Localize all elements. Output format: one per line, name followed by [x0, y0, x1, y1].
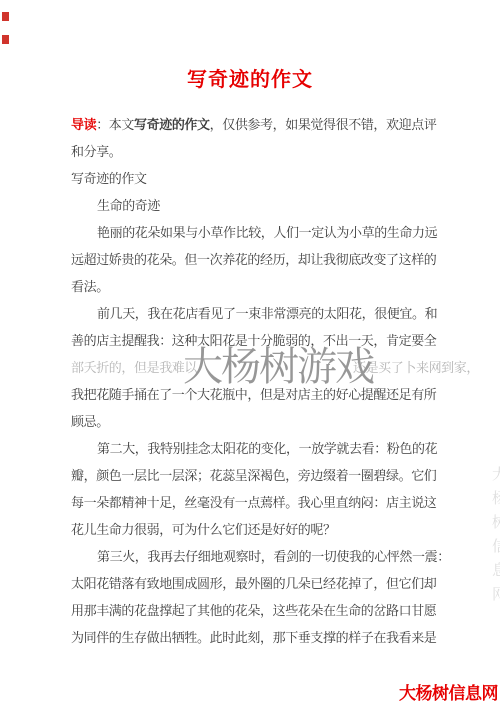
- document-line: 写奇迹的作文: [71, 170, 439, 188]
- text-segment: 太阳花错落有致地围成圆形，最外圈的几朵已经花掉了，但它们却: [71, 576, 436, 591]
- document-line: 第三火，我再去仔细地观察时，看剑的一切使我的心怦然一震：: [71, 548, 465, 566]
- text-segment: 写奇迹的作文: [71, 171, 147, 186]
- document-line: 艳丽的花朵如果与小草作比较，人们一定认为小草的生命力远: [71, 224, 465, 242]
- text-segment: 瓣，颜色一层比一层深；花蕊呈深褐色，旁边缀着一圈碧绿。它们: [71, 468, 436, 483]
- text-segment: 第二大，我特别挂念太阳花的变化，一放学就去看：粉色的花: [97, 441, 437, 456]
- text-segment: 部夭折的，但是我难以: [71, 359, 197, 377]
- text-segment: 每一朵都精神十足，丝毫没有一点蔫样。我心里直纳闷：店主说这: [71, 495, 436, 510]
- article-page: 写奇迹的作文 导读：本文写奇迹的作文，仅供参考，如果觉得很不错，欢迎点评和分享。…: [0, 0, 500, 708]
- document-line: 顾忌。: [71, 413, 439, 431]
- text-segment: 远超过娇贵的花朵。但一次养花的经历，却让我彻底改变了这样的: [71, 252, 436, 267]
- site-brand: 大杨树信息网: [399, 679, 498, 704]
- text-segment: 艳丽的花朵如果与小草作比较，人们一定认为小草的生命力远: [97, 225, 437, 240]
- center-watermark-text: 大杨树游戏: [183, 335, 373, 392]
- document-line: 生命的奇迹: [71, 197, 465, 215]
- text-segment: ：本文: [96, 117, 134, 132]
- text-segment: 为同伴的生存做出牺牲。此时此刻，那下垂支撑的样子在我看来是: [71, 630, 436, 645]
- document-line: 每一朵都精神十足，丝毫没有一点蔫样。我心里直纳闷：店主说这: [71, 494, 439, 512]
- text-segment: 看法。: [71, 279, 109, 294]
- document-line: 远超过娇贵的花朵。但一次养花的经历，却让我彻底改变了这样的: [71, 251, 439, 269]
- document-line: 和分享。: [71, 143, 439, 161]
- side-watermark-text: 大杨树信息网: [488, 466, 500, 610]
- text-segment: 和分享。: [71, 144, 121, 159]
- document-line: 为同伴的生存做出牺牲。此时此刻，那下垂支撑的样子在我看来是: [71, 629, 439, 647]
- document-line: 太阳花错落有致地围成圆形，最外圈的几朵已经花掉了，但它们却: [71, 575, 439, 593]
- text-segment: 用那丰满的花盘撑起了其他的花朵，这些花朵在生命的岔路口甘愿: [71, 603, 436, 618]
- text-segment: 写奇迹的作文: [134, 117, 210, 132]
- text-segment: 前几天，我在花店看见了一束非常漂亮的太阳花，很便宜。和: [97, 306, 437, 321]
- document-line: 瓣，颜色一层比一层深；花蕊呈深褐色，旁边缀着一圈碧绿。它们: [71, 467, 439, 485]
- document-line: 导读：本文写奇迹的作文，仅供参考，如果觉得很不错，欢迎点评: [71, 116, 439, 134]
- document-line: 看法。: [71, 278, 439, 296]
- document-line: 前几天，我在花店看见了一束非常漂亮的太阳花，很便宜。和: [71, 305, 465, 323]
- document-line: 用那丰满的花盘撑起了其他的花朵，这些花朵在生命的岔路口甘愿: [71, 602, 439, 620]
- text-segment: 第三火，我再去仔细地观察时，看剑的一切使我的心怦然一震：: [97, 549, 450, 564]
- lead-label: 导读: [71, 117, 96, 132]
- text-segment: 顾忌。: [71, 414, 109, 429]
- document-line: 花儿生命力很弱，可为什么它们还是好好的呢？: [71, 521, 439, 539]
- text-segment: ，仅供参考，如果觉得很不错，欢迎点评: [210, 117, 437, 132]
- text-segment: 花儿生命力很弱，可为什么它们还是好好的呢？: [71, 522, 336, 537]
- text-segment: 生命的奇迹: [97, 198, 160, 213]
- document-line: 第二大，我特别挂念太阳花的变化，一放学就去看：粉色的花: [71, 440, 465, 458]
